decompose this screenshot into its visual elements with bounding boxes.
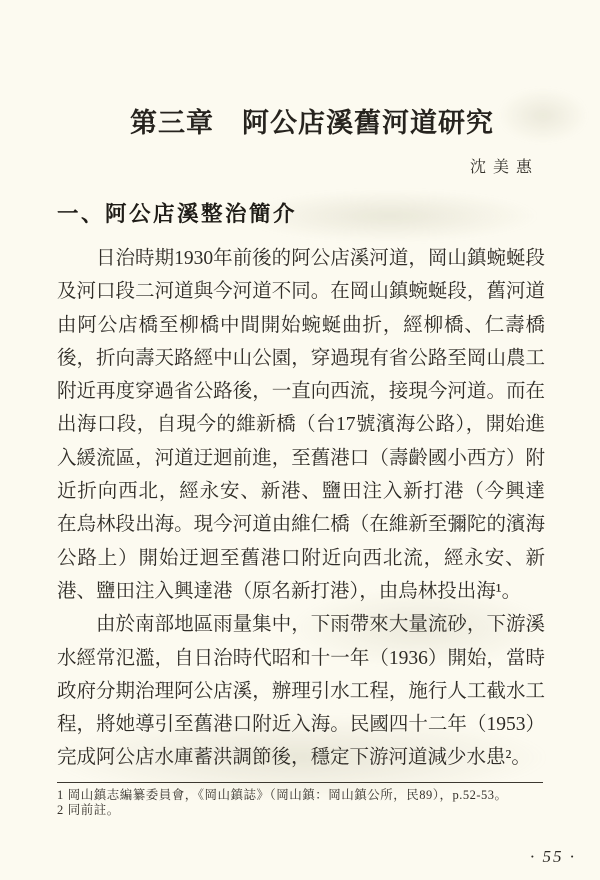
body-line: 公路上）開始迂迴至舊港口附近向西北流，經永安、新 bbox=[57, 542, 545, 575]
body-line: 出海口段，自現今的維新橋（台17號濱海公路），開始進 bbox=[57, 408, 545, 441]
footnote: 2同前註。 bbox=[57, 803, 545, 819]
book-page: 第三章 阿公店溪舊河道研究 沈美惠 一、阿公店溪整治簡介 日治時期1930年前後… bbox=[0, 0, 600, 880]
footnotes: 1岡山鎮志編纂委員會，《岡山鎮誌》（岡山鎮：岡山鎮公所，民89），p.52-53… bbox=[57, 788, 545, 819]
chapter-title: 第三章 阿公店溪舊河道研究 bbox=[57, 0, 545, 140]
body-line: 港、鹽田注入興達港（原名新打港），由烏林投出海¹。 bbox=[57, 575, 545, 608]
body-text: 日治時期1930年前後的阿公店溪河道，岡山鎮蜿蜒段 及河口段二河道與今河道不同。… bbox=[57, 242, 545, 775]
body-line: 入緩流區，河道迂迴前進，至舊港口（壽齡國小西方）附 bbox=[57, 442, 545, 475]
body-line: 程，將她導引至舊港口附近入海。民國四十二年（1953） bbox=[57, 708, 545, 741]
page-content: 第三章 阿公店溪舊河道研究 沈美惠 一、阿公店溪整治簡介 日治時期1930年前後… bbox=[57, 0, 545, 819]
section-heading: 一、阿公店溪整治簡介 bbox=[57, 199, 545, 229]
body-line: 由阿公店橋至柳橋中間開始蜿蜒曲折，經柳橋、仁壽橋 bbox=[57, 309, 545, 342]
body-line: 後，折向壽天路經中山公園，穿過現有省公路至岡山農工 bbox=[57, 342, 545, 375]
body-line: 附近再度穿過省公路後，一直向西流，接現今河道。而在 bbox=[57, 375, 545, 408]
body-line: 由於南部地區雨量集中，下雨帶來大量流砂，下游溪 bbox=[57, 608, 545, 641]
body-line: 在烏林段出海。現今河道由維仁橋（在維新至彌陀的濱海 bbox=[57, 508, 545, 541]
body-line: 政府分期治理阿公店溪，辦理引水工程，施行人工截水工 bbox=[57, 675, 545, 708]
body-line: 近折向西北，經永安、新港、鹽田注入新打港（今興達港） bbox=[57, 475, 545, 508]
body-line: 日治時期1930年前後的阿公店溪河道，岡山鎮蜿蜒段 bbox=[57, 242, 545, 275]
footnote: 1岡山鎮志編纂委員會，《岡山鎮誌》（岡山鎮：岡山鎮公所，民89），p.52-53… bbox=[57, 788, 545, 804]
author-name: 沈美惠 bbox=[57, 157, 545, 179]
footnote-marker: 2 bbox=[57, 803, 64, 817]
body-line: 完成阿公店水庫蓄洪調節後，穩定下游河道減少水患²。 bbox=[57, 741, 545, 774]
body-line: 水經常氾濫，自日治時代昭和十一年（1936）開始，當時 bbox=[57, 642, 545, 675]
page-number: · 55 · bbox=[530, 847, 576, 867]
body-line: 及河口段二河道與今河道不同。在岡山鎮蜿蜒段，舊河道 bbox=[57, 275, 545, 308]
footnote-text: 岡山鎮志編纂委員會，《岡山鎮誌》（岡山鎮：岡山鎮公所，民89），p.52-53。 bbox=[68, 788, 508, 802]
footnote-text: 同前註。 bbox=[68, 803, 120, 817]
footnote-marker: 1 bbox=[57, 788, 64, 802]
footnote-divider bbox=[57, 782, 543, 783]
